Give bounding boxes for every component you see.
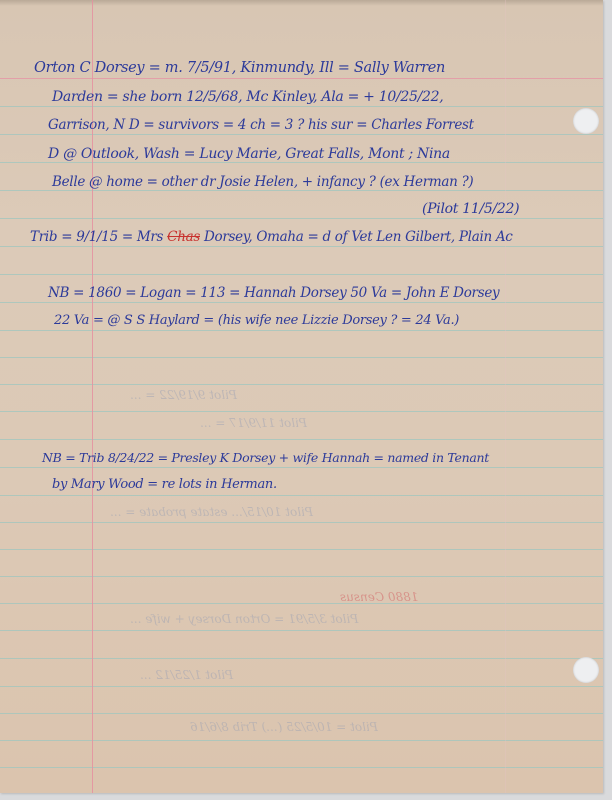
bleed-through-text: Pilot 1/25/12 ... [140,668,233,682]
ruled-line [0,330,603,331]
ruled-line [0,302,603,303]
ruled-line [0,630,603,631]
ruled-line [0,495,603,496]
ruled-line [0,274,603,275]
ruled-line [0,603,603,604]
punch-hole-bottom [573,657,599,683]
ruled-line [0,740,603,741]
handwritten-line: by Mary Wood = re lots in Herman. [52,477,277,492]
ruled-line [0,190,603,191]
ruled-line [0,658,603,659]
handwritten-line: NB = Trib 8/24/22 = Presley K Dorsey + w… [42,450,489,465]
line-prefix: Trib = 9/1/15 = Mrs [30,229,163,245]
handwritten-line: Garrison, N D = survivors = 4 ch = 3 ? h… [48,117,474,133]
ruled-line [0,384,603,385]
handwritten-line: Orton C Dorsey = m. 7/5/91, Kinmundy, Il… [34,60,445,76]
bleed-through-text: Pilot 3/5/91 = Orton Dorsey + wife ... [130,612,358,626]
line-suffix: Dorsey, Omaha = d of Vet Len Gilbert, Pl… [204,229,513,245]
ruled-line [0,411,603,412]
handwritten-line: Darden = she born 12/5/68, Mc Kinley, Al… [52,89,443,105]
handwritten-line: Belle @ home = other dr Josie Helen, + i… [52,174,473,190]
bleed-through-text: Pilot = 10/5/25 (...) Trib 8/6/16 [190,720,378,734]
handwritten-line: Trib = 9/1/15 = Mrs Chas Dorsey, Omaha =… [30,229,513,245]
ruled-line [0,134,603,135]
ruled-line [0,162,603,163]
page-top-edge [0,0,603,6]
handwritten-line: 22 Va = @ S S Haylard = (his wife nee Li… [54,313,459,328]
notebook-page: Pilot 9/19/22 = ... Pilot 11/9/17 = ... … [0,0,603,793]
bleed-through-text: Pilot 10/15/... estate probate = ... [110,505,313,519]
ruled-line [0,106,603,107]
ruled-line [0,522,603,523]
ruled-line [0,357,603,358]
ruled-line [0,576,603,577]
ruled-line [0,467,603,468]
bleed-through-annotation: 1880 Census [340,590,418,604]
right-margin-line [505,0,506,793]
struck-correction: Chas [167,229,200,245]
bleed-through-text: Pilot 11/9/17 = ... [200,416,307,430]
handwritten-line: D @ Outlook, Wash = Lucy Marie, Great Fa… [48,146,450,162]
ruled-line [0,686,603,687]
ruled-line [0,767,603,768]
bleed-through-text: Pilot 9/19/22 = ... [130,388,237,402]
ruled-line [0,549,603,550]
ruled-line [0,246,603,247]
ruled-line [0,218,603,219]
top-red-rule [0,78,603,79]
ruled-line [0,439,603,440]
handwritten-line: NB = 1860 = Logan = 113 = Hannah Dorsey … [48,285,499,301]
punch-hole-top [573,108,599,134]
source-citation: (Pilot 11/5/22) [422,201,519,217]
ruled-line [0,713,603,714]
